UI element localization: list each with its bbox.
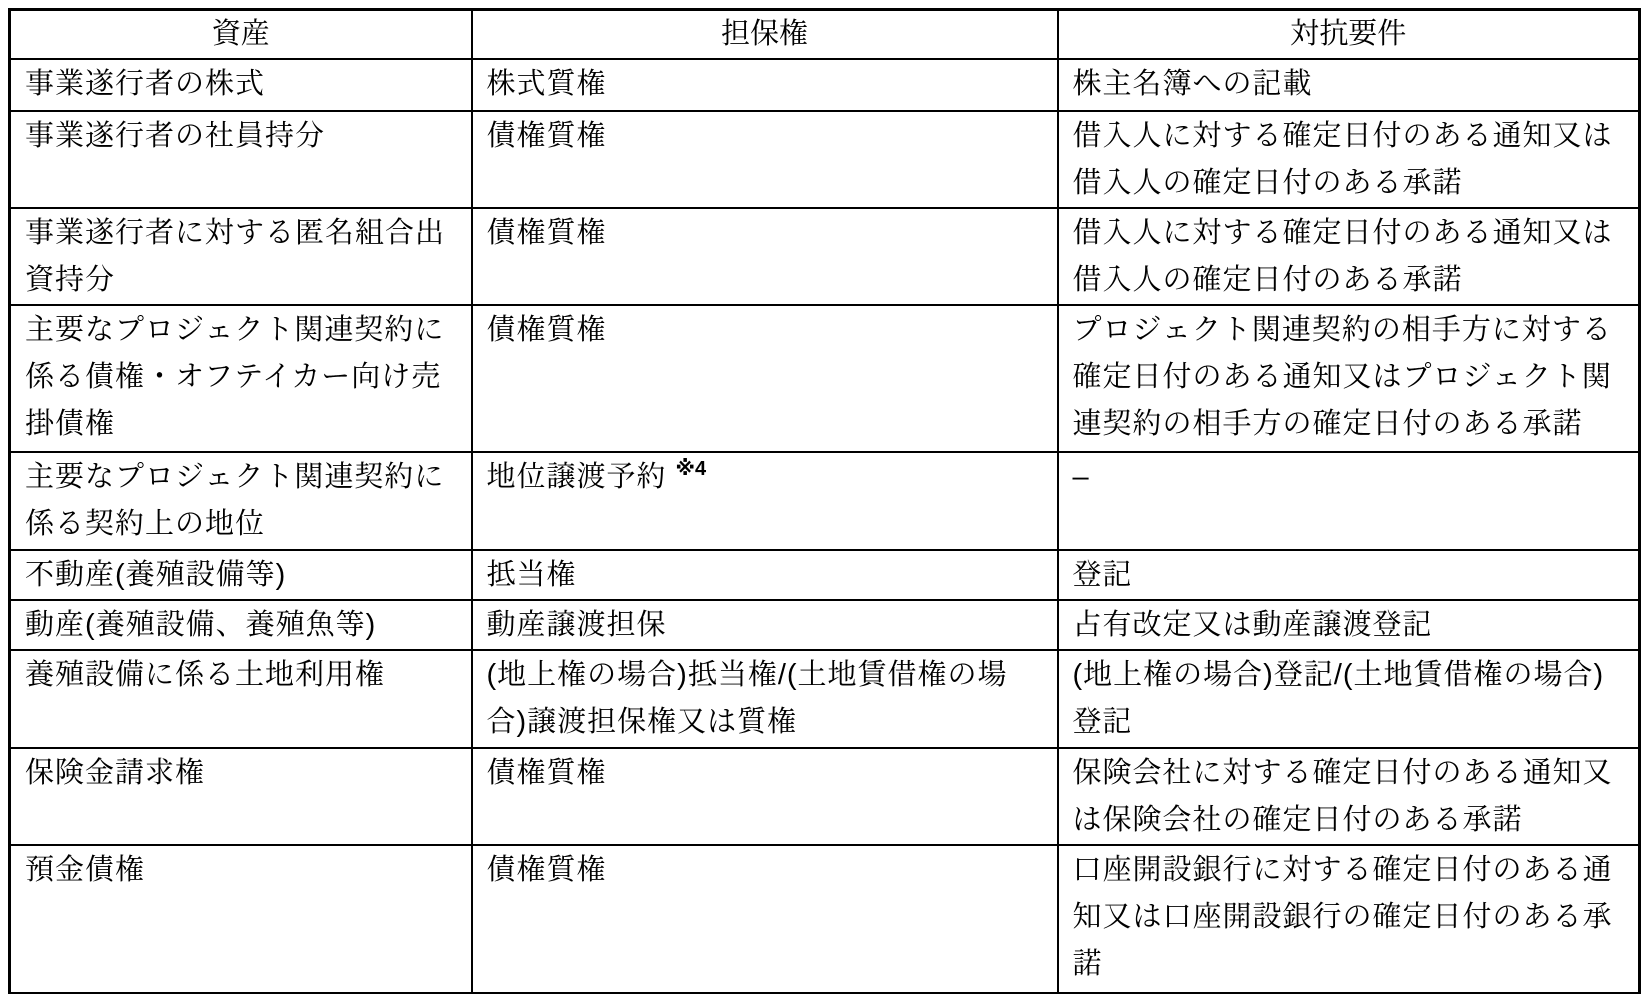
table-row: 事業遂行者の株式 株式質権 株主名簿への記載 [10, 59, 1640, 111]
perfection-requirement-cell: 保険会社に対する確定日付のある通知又は保険会社の確定日付のある承諾 [1058, 748, 1640, 845]
asset-cell: 事業遂行者の社員持分 [10, 111, 472, 208]
asset-text: 事業遂行者の社員持分 [25, 120, 325, 152]
perfection-requirement-text: プロジェクト関連契約の相手方に対する確定日付のある通知又はプロジェクト関連契約の… [1073, 314, 1612, 440]
asset-cell: 主要なプロジェクト関連契約に係る債権・オフテイカー向け売掛債権 [10, 305, 472, 452]
security-interest-text: 債権質権 [487, 854, 607, 886]
asset-text: 預金債権 [25, 854, 145, 886]
security-interest-text: 抵当権 [487, 559, 577, 591]
security-interest-text: (地上権の場合)抵当権/(土地賃借権の場合)譲渡担保権又は質権 [487, 659, 1008, 738]
security-interest-cell: (地上権の場合)抵当権/(土地賃借権の場合)譲渡担保権又は質権 [472, 650, 1058, 748]
perfection-requirement-text: 借入人に対する確定日付のある通知又は借入人の確定日付のある承諾 [1073, 217, 1613, 296]
security-interest-cell: 動産譲渡担保 [472, 600, 1058, 650]
security-interest-cell: 債権質権 [472, 845, 1058, 993]
perfection-requirement-cell: プロジェクト関連契約の相手方に対する確定日付のある通知又はプロジェクト関連契約の… [1058, 305, 1640, 452]
perfection-requirement-text: 借入人に対する確定日付のある通知又は借入人の確定日付のある承諾 [1073, 120, 1613, 199]
asset-cell: 保険金請求権 [10, 748, 472, 845]
table-row: 主要なプロジェクト関連契約に係る契約上の地位 地位譲渡予約※4 – [10, 452, 1640, 550]
asset-text: 保険金請求権 [25, 757, 205, 789]
security-interest-cell: 債権質権 [472, 111, 1058, 208]
perfection-requirement-text: 占有改定又は動産譲渡登記 [1073, 609, 1433, 641]
asset-text: 養殖設備に係る土地利用権 [25, 659, 385, 691]
asset-cell: 事業遂行者の株式 [10, 59, 472, 111]
footnote-marker: ※4 [676, 458, 707, 480]
perfection-requirement-cell: 借入人に対する確定日付のある通知又は借入人の確定日付のある承諾 [1058, 208, 1640, 305]
security-interest-cell: 抵当権 [472, 550, 1058, 600]
document-page: 資産 担保権 対抗要件 事業遂行者の株式 株式質権 株主名簿への記載 事業遂行者… [0, 0, 1648, 994]
perfection-requirement-cell: – [1058, 452, 1640, 550]
security-interest-cell: 債権質権 [472, 208, 1058, 305]
security-interest-text: 債権質権 [487, 217, 607, 249]
asset-text: 事業遂行者の株式 [25, 68, 265, 100]
security-interest-text: 債権質権 [487, 120, 607, 152]
table-row: 不動産(養殖設備等) 抵当権 登記 [10, 550, 1640, 600]
asset-cell: 預金債権 [10, 845, 472, 993]
security-interest-cell: 株式質権 [472, 59, 1058, 111]
asset-cell: 事業遂行者に対する匿名組合出資持分 [10, 208, 472, 305]
perfection-requirement-cell: 占有改定又は動産譲渡登記 [1058, 600, 1640, 650]
asset-text: 主要なプロジェクト関連契約に係る債権・オフテイカー向け売掛債権 [25, 314, 444, 440]
perfection-requirement-text: – [1073, 461, 1090, 493]
collateral-perfection-table: 資産 担保権 対抗要件 事業遂行者の株式 株式質権 株主名簿への記載 事業遂行者… [8, 8, 1641, 994]
security-interest-cell: 債権質権 [472, 305, 1058, 452]
asset-cell: 主要なプロジェクト関連契約に係る契約上の地位 [10, 452, 472, 550]
asset-text: 動産(養殖設備、養殖魚等) [25, 609, 376, 641]
table-row: 養殖設備に係る土地利用権 (地上権の場合)抵当権/(土地賃借権の場合)譲渡担保権… [10, 650, 1640, 748]
table-row: 預金債権 債権質権 口座開設銀行に対する確定日付のある通知又は口座開設銀行の確定… [10, 845, 1640, 993]
perfection-requirement-cell: (地上権の場合)登記/(土地賃借権の場合)登記 [1058, 650, 1640, 748]
asset-text: 不動産(養殖設備等) [25, 559, 286, 591]
perfection-requirement-cell: 登記 [1058, 550, 1640, 600]
asset-cell: 動産(養殖設備、養殖魚等) [10, 600, 472, 650]
table-row: 主要なプロジェクト関連契約に係る債権・オフテイカー向け売掛債権 債権質権 プロジ… [10, 305, 1640, 452]
security-interest-text: 債権質権 [487, 314, 607, 346]
table-row: 保険金請求権 債権質権 保険会社に対する確定日付のある通知又は保険会社の確定日付… [10, 748, 1640, 845]
table-row: 事業遂行者の社員持分 債権質権 借入人に対する確定日付のある通知又は借入人の確定… [10, 111, 1640, 208]
perfection-requirement-text: (地上権の場合)登記/(土地賃借権の場合)登記 [1073, 659, 1605, 738]
asset-text: 主要なプロジェクト関連契約に係る契約上の地位 [25, 461, 444, 540]
asset-cell: 不動産(養殖設備等) [10, 550, 472, 600]
column-header-security-interest: 担保権 [472, 10, 1058, 60]
security-interest-text: 株式質権 [487, 68, 607, 100]
security-interest-text: 地位譲渡予約 [487, 461, 667, 493]
column-header-asset: 資産 [10, 10, 472, 60]
perfection-requirement-text: 保険会社に対する確定日付のある通知又は保険会社の確定日付のある承諾 [1073, 757, 1613, 836]
perfection-requirement-cell: 株主名簿への記載 [1058, 59, 1640, 111]
perfection-requirement-cell: 借入人に対する確定日付のある通知又は借入人の確定日付のある承諾 [1058, 111, 1640, 208]
column-header-perfection-requirement: 対抗要件 [1058, 10, 1640, 60]
perfection-requirement-text: 株主名簿への記載 [1073, 68, 1313, 100]
perfection-requirement-cell: 口座開設銀行に対する確定日付のある通知又は口座開設銀行の確定日付のある承諾 [1058, 845, 1640, 993]
security-interest-text: 債権質権 [487, 757, 607, 789]
table-row: 動産(養殖設備、養殖魚等) 動産譲渡担保 占有改定又は動産譲渡登記 [10, 600, 1640, 650]
perfection-requirement-text: 口座開設銀行に対する確定日付のある通知又は口座開設銀行の確定日付のある承諾 [1073, 854, 1613, 980]
asset-text: 事業遂行者に対する匿名組合出資持分 [25, 217, 445, 296]
security-interest-cell: 地位譲渡予約※4 [472, 452, 1058, 550]
header-row: 資産 担保権 対抗要件 [10, 10, 1640, 60]
perfection-requirement-text: 登記 [1073, 559, 1133, 591]
asset-cell: 養殖設備に係る土地利用権 [10, 650, 472, 748]
security-interest-text: 動産譲渡担保 [487, 609, 667, 641]
table-row: 事業遂行者に対する匿名組合出資持分 債権質権 借入人に対する確定日付のある通知又… [10, 208, 1640, 305]
security-interest-cell: 債権質権 [472, 748, 1058, 845]
